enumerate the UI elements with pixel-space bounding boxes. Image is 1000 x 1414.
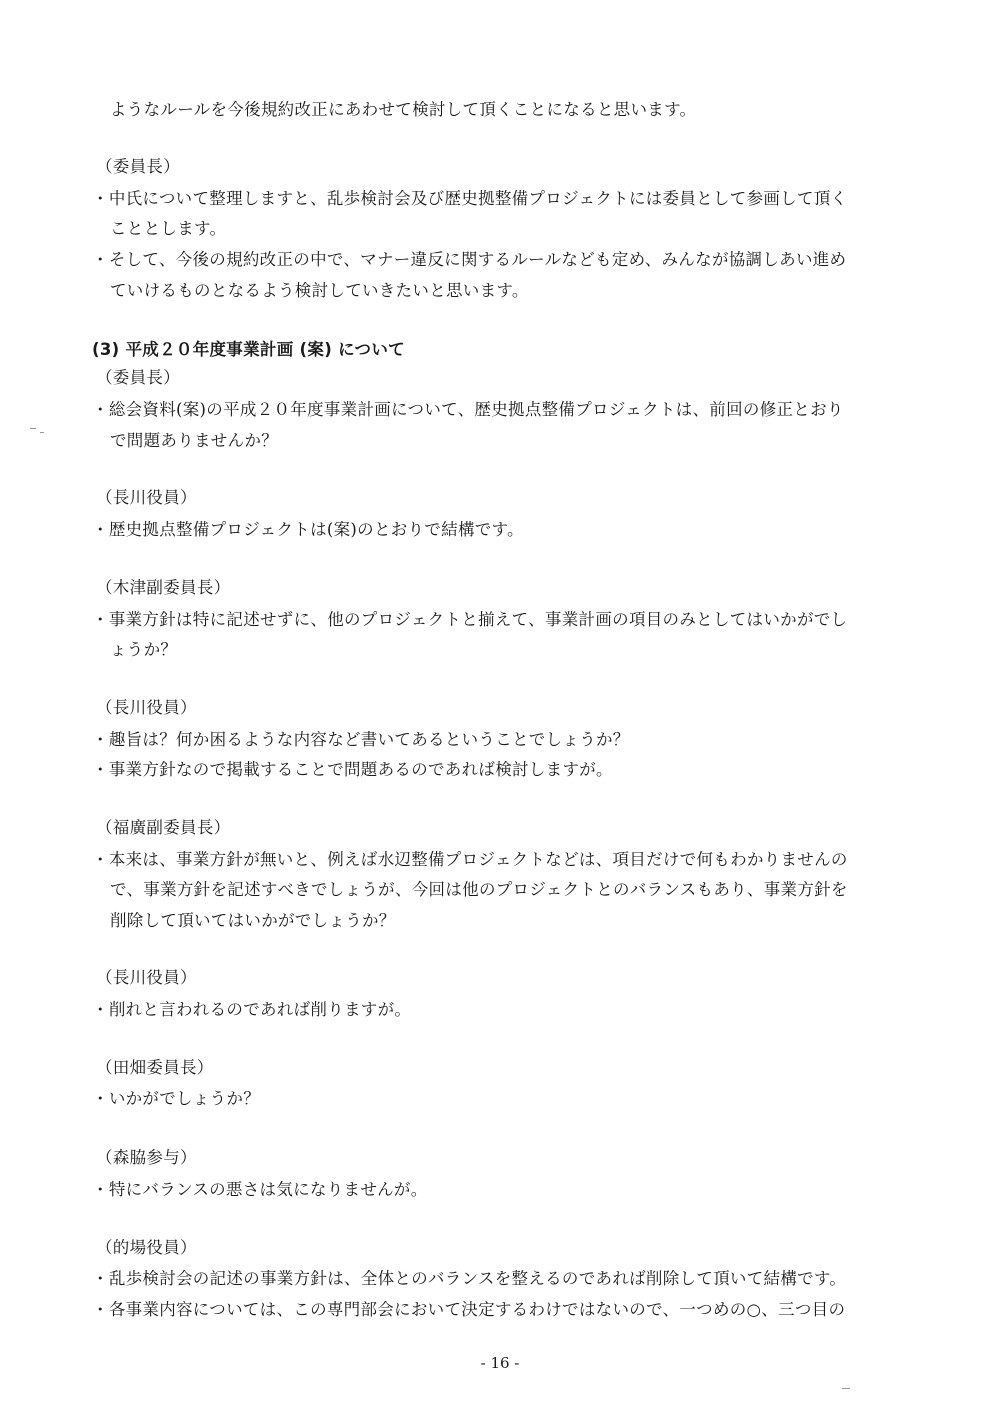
bullet-icon	[92, 1180, 109, 1199]
bullet-line: 削れと言われるのであれば削りますが。	[92, 1000, 411, 1020]
bullet-icon	[92, 520, 109, 539]
text-line: ょうか？	[110, 640, 177, 660]
speaker-label: （委員長）	[96, 368, 180, 388]
section-heading: (3) 平成２０年度事業計画 (案) について	[92, 340, 405, 360]
bullet-icon	[92, 250, 109, 269]
bullet-icon	[92, 1089, 109, 1108]
bullet-line: 本来は、事業方針が無いと、例えば水辺整備プロジェクトなどは、項目だけで何もわかり…	[92, 850, 848, 870]
bullet-icon	[92, 1000, 109, 1019]
scan-speck	[30, 428, 36, 429]
bullet-line: 中氏について整理しますと、乱歩検討会及び歴史拠整備プロジェクトには委員として参画…	[92, 189, 847, 209]
bullet-icon	[92, 189, 109, 208]
speaker-label: （委員長）	[96, 157, 180, 177]
speaker-label: （的場役員）	[96, 1238, 197, 1258]
speaker-label: （長川役員）	[96, 488, 197, 508]
bullet-line: 趣旨は？何か困るような内容など書いてあるということでしょうか？	[92, 730, 630, 750]
page-number: - 16 -	[0, 1354, 1000, 1372]
bullet-line: 総会資料(案)の平成２０年度事業計画について、歴史拠点整備プロジェクトは、前回の…	[92, 400, 844, 420]
scan-speck	[40, 432, 44, 433]
text-line: ていけるものとなるよう検討していきたいと思います。	[110, 281, 529, 301]
bullet-line: 歴史拠点整備プロジェクトは(案)のとおりで結構です。	[92, 520, 524, 540]
bullet-icon	[92, 1300, 109, 1319]
document-page: ようなルールを今後規約改正にあわせて検討して頂くことになると思います。 （委員長…	[0, 0, 1000, 1414]
bullet-line: 事業方針なので掲載することで問題あるのであれば検討しますが。	[92, 760, 613, 780]
bullet-line: 事業方針は特に記述せずに、他のプロジェクトと揃えて、事業計画の項目のみとしてはい…	[92, 610, 847, 630]
bullet-icon	[92, 610, 109, 629]
text-line: 削除して頂いてはいかがでしょうか？	[110, 911, 396, 931]
speaker-label: （木津副委員長）	[96, 578, 230, 598]
speaker-label: （福廣副委員長）	[96, 818, 230, 838]
bullet-line: 特にバランスの悪さは気になりませんが。	[92, 1180, 428, 1200]
speaker-label: （田畑委員長）	[96, 1058, 214, 1078]
text-line: ようなルールを今後規約改正にあわせて検討して頂くことになると思います。	[110, 100, 696, 120]
bullet-icon	[92, 1269, 109, 1288]
bullet-line: いかがでしょうか？	[92, 1089, 260, 1109]
bullet-icon	[92, 400, 109, 419]
bullet-icon	[92, 730, 109, 749]
bullet-line: 乱歩検討会の記述の事業方針は、全体とのバランスを整えるのであれば削除して頂いて結…	[92, 1269, 846, 1289]
bullet-icon	[92, 760, 109, 779]
bullet-line: 各事業内容については、この専門部会において決定するわけではないので、一つめの○、…	[92, 1300, 845, 1320]
speaker-label: （森脇参与）	[96, 1148, 197, 1168]
speaker-label: （長川役員）	[96, 968, 197, 988]
text-line: で問題ありませんか？	[110, 431, 278, 451]
scan-speck	[842, 1388, 850, 1389]
text-line: で、事業方針を記述すべきでしょうが、今回は他のプロジェクトとのバランスもあり、事…	[110, 880, 848, 900]
speaker-label: （長川役員）	[96, 698, 197, 718]
bullet-line: そして、今後の規約改正の中で、マナー違反に関するルールなども定め、みんなが協調し…	[92, 250, 846, 270]
bullet-icon	[92, 850, 109, 869]
text-line: こととします。	[110, 219, 226, 239]
